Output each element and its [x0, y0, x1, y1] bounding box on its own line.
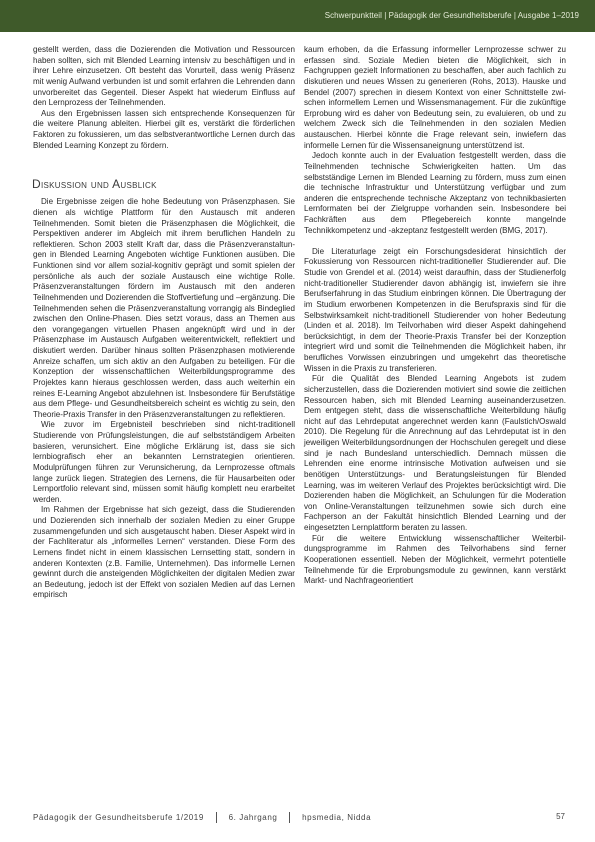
paragraph: Jedoch konnte auch in der Evaluation fes…: [304, 151, 566, 236]
page-number: 57: [556, 812, 565, 821]
paragraph: Wie zuvor im Ergebnisteil beschrieben si…: [33, 420, 295, 505]
paragraph: Die Ergebnisse zeigen die hohe Bedeutung…: [33, 197, 295, 420]
paragraph: Für die Qualität des Blended Learning An…: [304, 374, 566, 533]
section-heading: Diskussion und Ausblick: [32, 177, 295, 191]
footer-publisher: hpsmedia, Nidda: [302, 813, 371, 822]
paragraph: Im Rahmen der Ergebnisse hat sich gezeig…: [33, 505, 295, 601]
left-column: gestellt werden, dass die Dozierenden di…: [33, 45, 295, 601]
footer-volume: 6. Jahrgang: [229, 813, 278, 822]
footer-divider: [289, 812, 290, 823]
running-title: Schwerpunktteil | Pädagogik der Gesundhe…: [325, 11, 579, 20]
right-column: kaum erhoben, da die Erfassung informell…: [304, 45, 566, 587]
paragraph: Für die weitere Entwicklung wissenschaft…: [304, 534, 566, 587]
page-footer: Pädagogik der Gesundheitsberufe 1/2019 6…: [33, 812, 565, 826]
paragraph: gestellt werden, dass die Dozierenden di…: [33, 45, 295, 109]
footer-journal: Pädagogik der Gesundheitsberufe 1/2019: [33, 813, 204, 822]
header-bar: Schwerpunktteil | Pädagogik der Gesundhe…: [0, 0, 595, 32]
paragraph: kaum erhoben, da die Erfassung informell…: [304, 45, 566, 151]
paragraph: Die Literaturlage zeigt ein Forschungsde…: [304, 247, 566, 375]
paragraph: Aus den Ergebnissen lassen sich entsprec…: [33, 109, 295, 152]
footer-divider: [216, 812, 217, 823]
